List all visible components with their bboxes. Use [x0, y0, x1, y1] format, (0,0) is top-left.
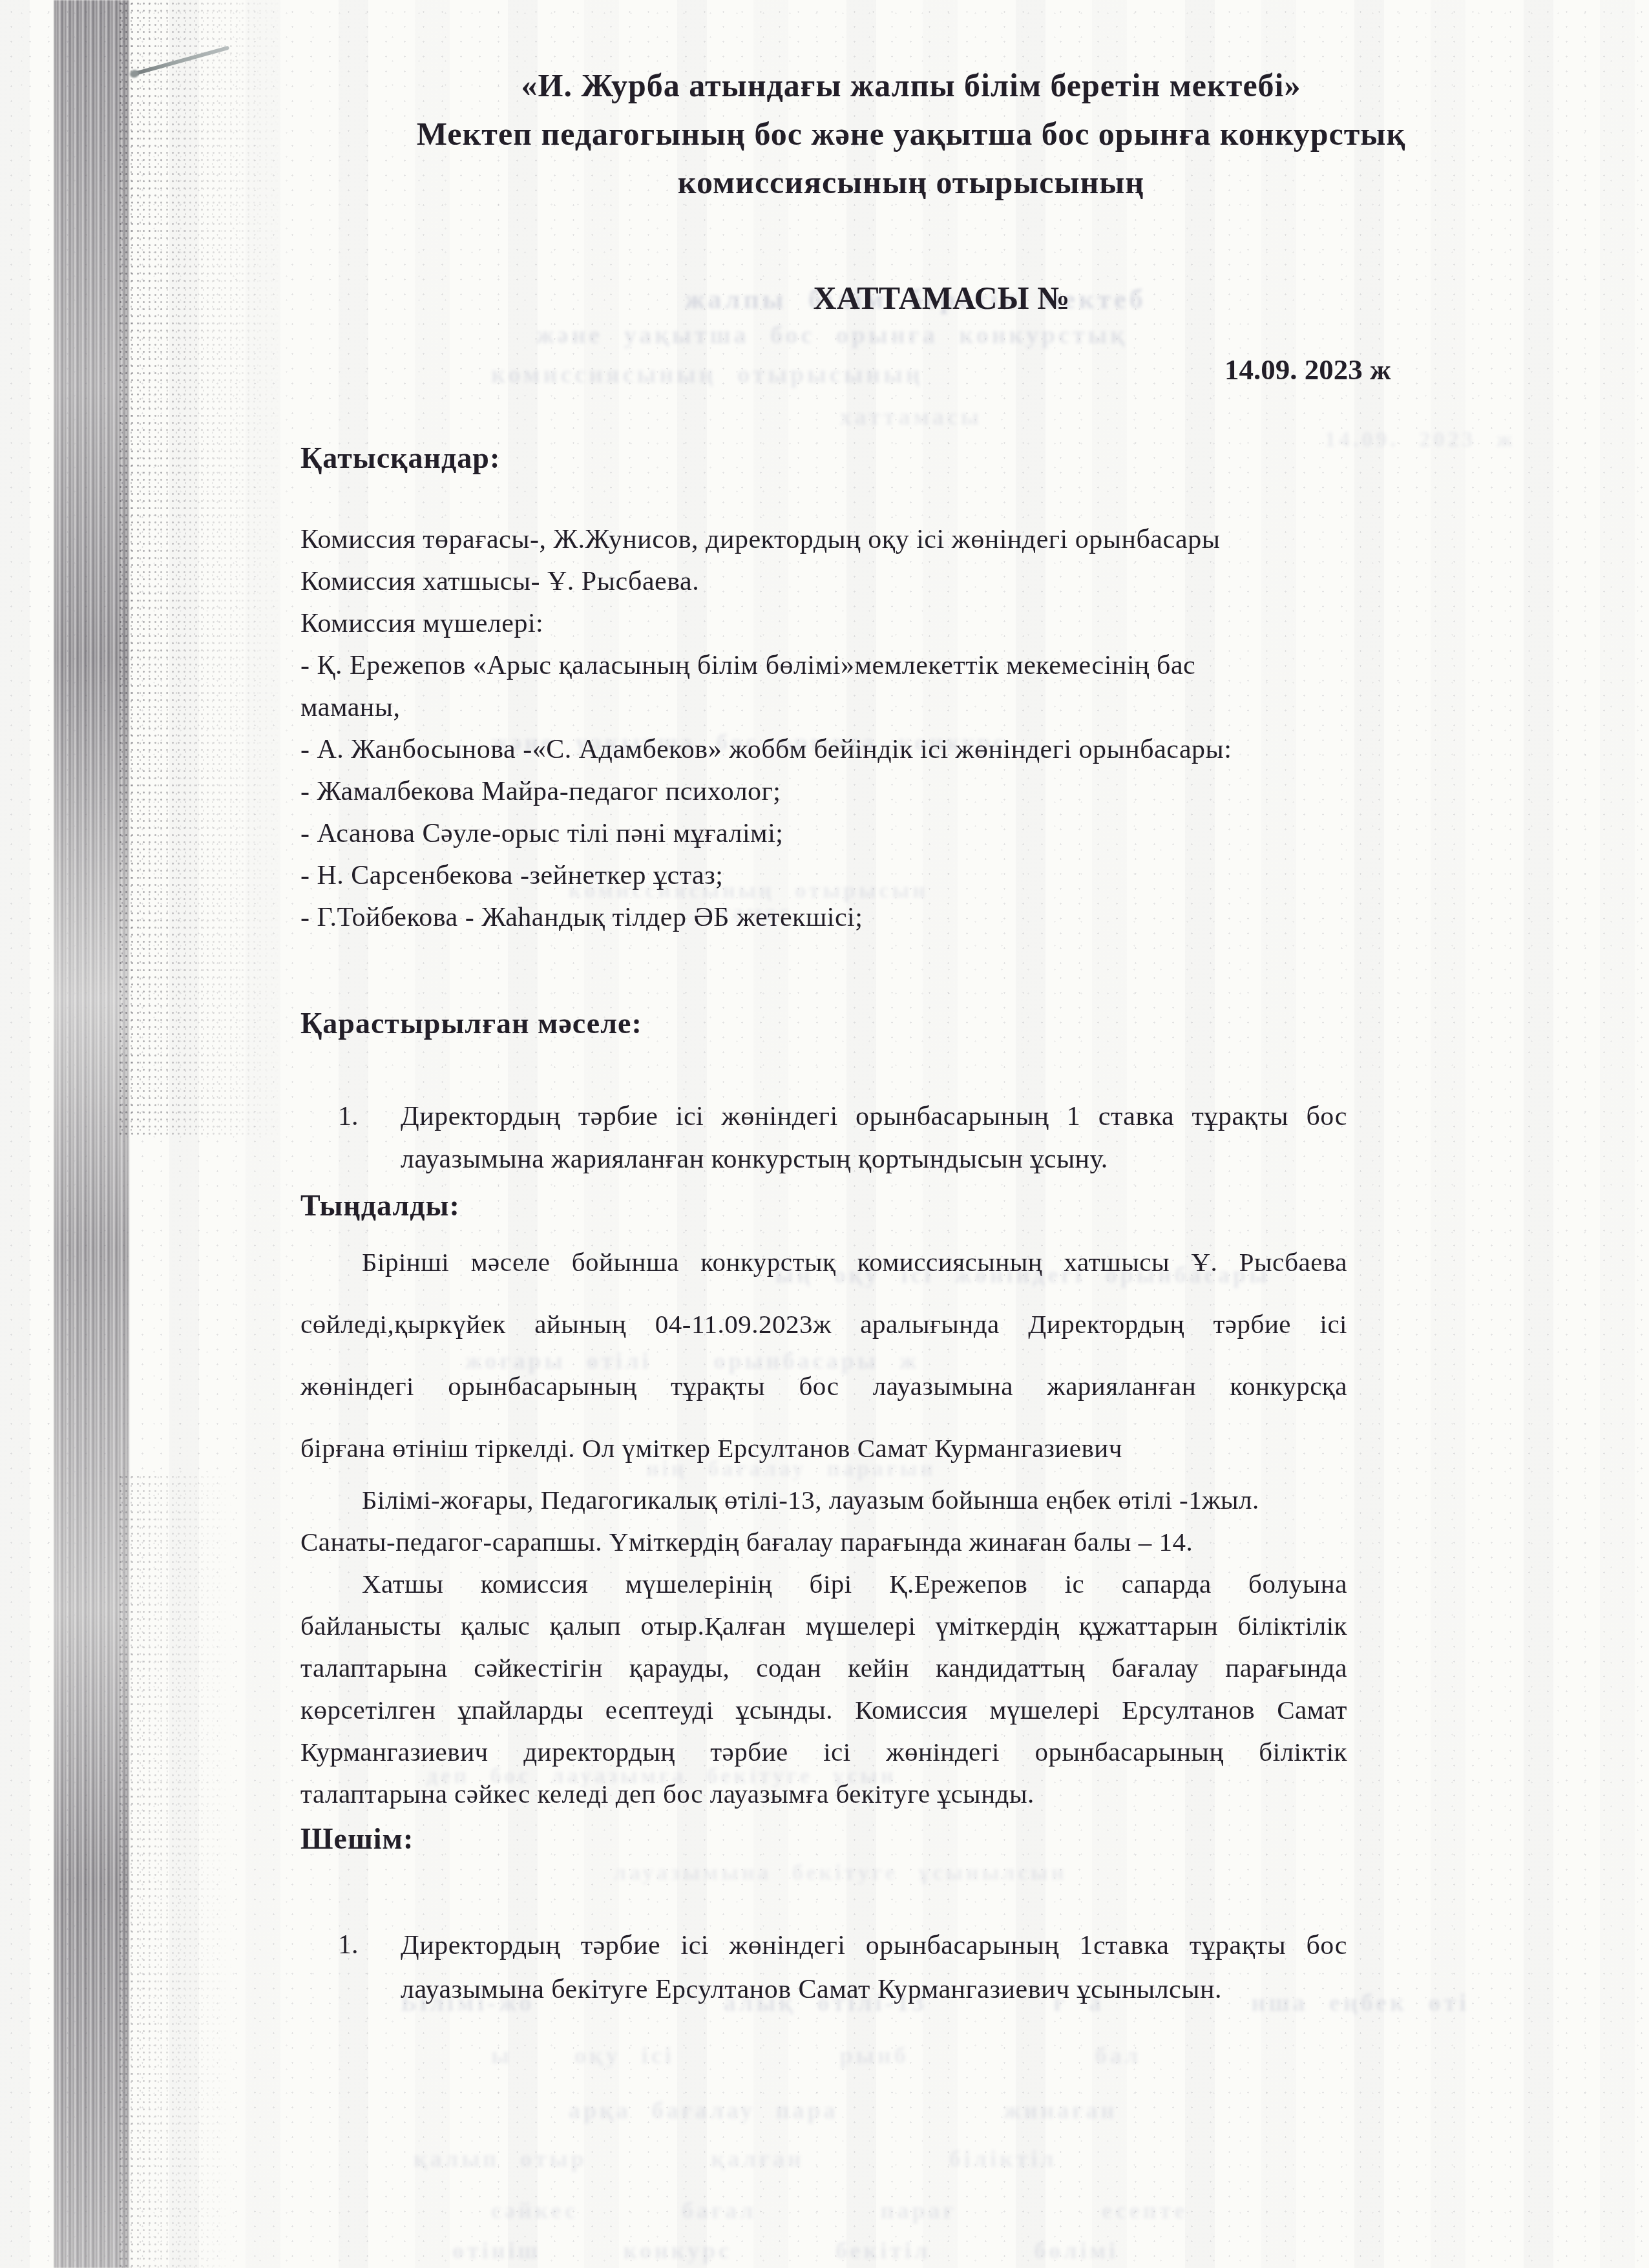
- decision-item-line: Директордың тәрбие ісі жөніндегі орынбас…: [401, 1924, 1347, 1968]
- protocol-heading: ХАТТАМАСЫ №: [418, 279, 1465, 319]
- heard-paragraph-line: талаптарына сәйкестігін қарауды, содан к…: [300, 1647, 1347, 1689]
- participant-line: - Г.Тойбекова - Жаһандық тілдер ӘБ жетек…: [300, 897, 1347, 939]
- agenda-item: 1. Директордың тәрбие ісі жөніндегі орын…: [300, 1095, 1347, 1181]
- bleed-through-text: өтініш конкурс бекітіл бөлімі: [452, 2237, 1119, 2264]
- agenda-item-number: 1.: [338, 1095, 401, 1181]
- decision-item-line: лауазымына бекітуге Ерсултанов Самат Кур…: [401, 1968, 1347, 2011]
- heard-heading: Тыңдалды:: [300, 1186, 1347, 1226]
- document-title: «И. Журба атындағы жалпы білім беретін м…: [388, 61, 1434, 207]
- bleed-through-text: ы оқу ісі рынб бал: [491, 2042, 1141, 2069]
- bleed-through-text: сәйкес бағал парағ есепте: [491, 2197, 1188, 2224]
- heard-paragraph-line: талаптарына сәйкес келеді деп бос лауазы…: [300, 1773, 1347, 1815]
- participant-line: Комиссия хатшысы- Ұ. Рысбаева.: [300, 561, 1347, 603]
- heard-paragraph-line: байланысты қалыс қалып отыр.Қалған мүшел…: [300, 1605, 1347, 1647]
- participant-line: - Асанова Сәуле-орыс тілі пәні мұғалімі;: [300, 813, 1347, 855]
- participant-line: - Жамалбекова Майра-педагог психолог;: [300, 771, 1347, 813]
- document-title-line: комиссиясының отырысының: [388, 158, 1434, 207]
- agenda-item-line: лауазымына жарияланған конкурстың қортын…: [401, 1138, 1347, 1181]
- heard-paragraph-line: көрсетілген ұпайларды есептеуді ұсынды. …: [300, 1689, 1347, 1731]
- participant-line: маманы,: [300, 687, 1347, 729]
- edge-speckle-artifact: [118, 0, 292, 1137]
- participants-heading: Қатысқандар:: [300, 438, 1347, 478]
- heard-paragraph-line: бірғана өтініш тіркелді. Ол үміткер Ерсу…: [300, 1417, 1347, 1479]
- document-date: 14.09. 2023 ж: [1224, 353, 1347, 392]
- heard-paragraph-line: Бірінші мәселе бойынша конкурстық комисс…: [300, 1231, 1347, 1293]
- bleed-through-text: 14.09. 2023 ж: [1325, 428, 1516, 452]
- participant-line: Комиссия төрағасы-, Ж.Жунисов, директорд…: [300, 519, 1347, 561]
- bleed-through-text: қалып отыр қалған біліктіл: [414, 2145, 1057, 2172]
- edge-speckle-artifact-lower: [118, 1473, 240, 2268]
- heard-paragraph-line: жөніндегі орынбасарының тұрақты бос лауа…: [300, 1355, 1347, 1417]
- agenda-item-text: Директордың тәрбие ісі жөніндегі орынбас…: [401, 1095, 1347, 1181]
- agenda-heading: Қарастырылған мәселе:: [300, 1003, 1347, 1044]
- agenda-item-line: Директордың тәрбие ісі жөніндегі орынбас…: [401, 1095, 1347, 1138]
- document-content: «И. Журба атындағы жалпы білім беретін м…: [300, 0, 1347, 2011]
- participant-line: Комиссия мүшелері:: [300, 603, 1347, 645]
- heard-paragraph-line: Курмангазиевич директордың тәрбие ісі жө…: [300, 1731, 1347, 1773]
- participant-line: - А. Жанбосынова -«С. Адамбеков» жоббм б…: [300, 729, 1347, 771]
- participant-line: - Қ. Ережепов «Арыс қаласының білім бөлі…: [300, 645, 1347, 687]
- participant-line: - Н. Сарсенбекова -зейнеткер ұстаз;: [300, 855, 1347, 897]
- bleed-through-text: арқа бағалау пара жинаған: [569, 2097, 1117, 2124]
- heard-paragraph: Бірінші мәселе бойынша конкурстық комисс…: [300, 1231, 1347, 1815]
- decision-item-number: 1.: [338, 1924, 401, 2011]
- heard-paragraph-line: Санаты-педагог-сарапшы. Үміткердің бағал…: [300, 1521, 1347, 1563]
- decision-item: 1. Директордың тәрбие ісі жөніндегі орын…: [300, 1924, 1347, 2011]
- participants-list: Комиссия төрағасы-, Ж.Жунисов, директорд…: [300, 519, 1347, 939]
- decision-heading: Шешім:: [300, 1819, 1347, 1859]
- heard-paragraph-line: Хатшы комиссия мүшелерінің бірі Қ.Ережеп…: [300, 1563, 1347, 1605]
- heard-paragraph-line: сөйледі,қыркүйек айының 04-11.09.2023ж а…: [300, 1293, 1347, 1355]
- heard-paragraph-line: Білімі-жоғары, Педагогикалық өтілі-13, л…: [300, 1479, 1347, 1521]
- scanned-document-page: жалпы білім беретін мектебжәне уақытша б…: [0, 0, 1649, 2268]
- document-title-line: Мектеп педагогының бос және уақытша бос …: [388, 110, 1434, 158]
- document-title-line: «И. Журба атындағы жалпы білім беретін м…: [388, 61, 1434, 110]
- decision-item-text: Директордың тәрбие ісі жөніндегі орынбас…: [401, 1924, 1347, 2011]
